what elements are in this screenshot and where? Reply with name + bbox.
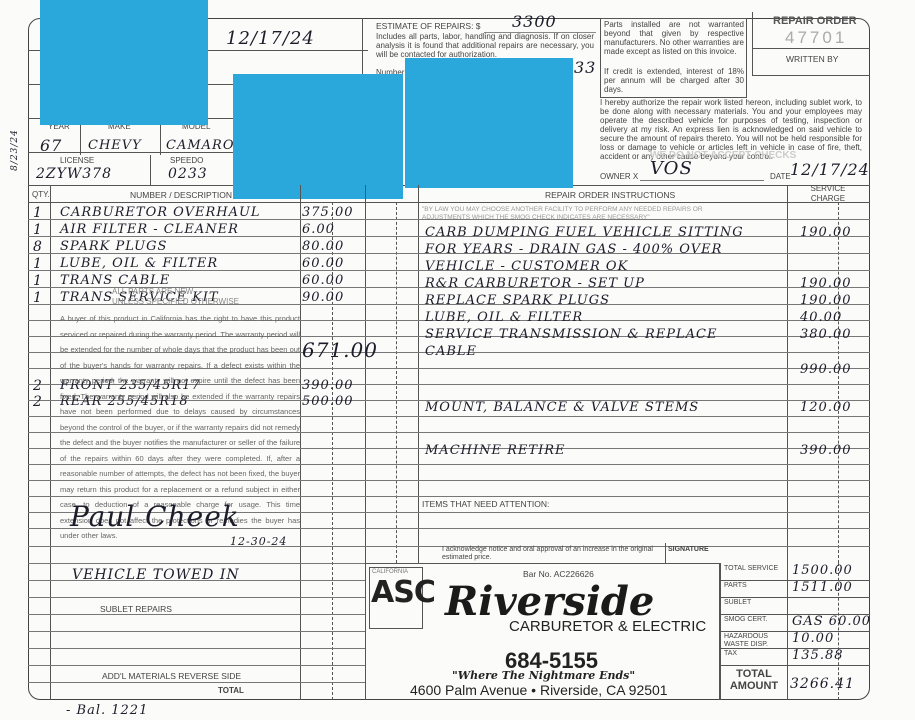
part-description: TRANS CABLE <box>60 273 170 288</box>
vehicle-license: 2ZYW378 <box>36 166 112 182</box>
totals-value: 1511.00 <box>792 580 853 595</box>
part-amount: 671.00 <box>302 338 378 362</box>
asc-logo-text: ASC <box>371 575 435 610</box>
grand-total-value: 3266.41 <box>790 676 855 692</box>
speedo-label: SPEEDO <box>170 156 203 165</box>
all-parts-new-stamp: ALL PARTS ARE NEW <box>112 287 193 296</box>
part-description: CARBURETOR OVERHAUL <box>60 205 261 220</box>
service-charge: 190.00 <box>800 276 852 291</box>
part-description: AIR FILTER - CLEANER <box>60 222 239 237</box>
license-label: LICENSE <box>60 156 94 165</box>
signature-label: SIGNATURE <box>668 546 709 554</box>
totals-value: 1500.00 <box>792 563 853 578</box>
part-qty: 1 <box>33 256 43 272</box>
vehicle-speedo: 0233 <box>168 166 208 182</box>
totals-label: TOTAL SERVICE <box>724 565 784 573</box>
instruction-line: LUBE, OIL & FILTER <box>425 310 583 325</box>
instruction-line: VEHICLE - CUSTOMER OK <box>425 259 628 274</box>
bottom-margin-note: - Bal. 1221 <box>66 703 148 718</box>
part-description: SPARK PLUGS <box>60 239 167 254</box>
parts-warranty-text: Parts installed are not warranted beyond… <box>604 20 744 56</box>
date-written: 12/17/24 <box>226 28 315 49</box>
owner-label: OWNER X <box>600 172 638 181</box>
owner-signature: VOS <box>650 158 693 179</box>
instruction-line: MOUNT, BALANCE & VALVE STEMS <box>425 400 699 415</box>
part-qty: 2 <box>33 394 43 410</box>
redaction-block <box>233 74 403 199</box>
totals-label: SMOG CERT. <box>724 616 784 624</box>
acknowledge-text: I acknowledge notice and oral approval o… <box>442 546 658 562</box>
unless-specified-stamp: UNLESS SPECIFIED OTHERWISE <box>112 297 239 306</box>
credit-interest-text: If credit is extended, interest of 18% p… <box>604 67 744 94</box>
part-description: LUBE, OIL & FILTER <box>60 256 218 271</box>
part-qty: 8 <box>33 239 43 255</box>
description-header: NUMBER / DESCRIPTION <box>130 190 232 200</box>
instruction-line: REPLACE SPARK PLUGS <box>425 293 610 308</box>
service-charge: 120.00 <box>800 400 852 415</box>
towed-note: VEHICLE TOWED IN <box>72 567 240 583</box>
service-charge: 40.00 <box>800 310 842 325</box>
parts-signature: Paul Cheek <box>70 500 240 533</box>
service-charge-header: SERVICE CHARGE <box>808 184 848 204</box>
instruction-line: R&R CARBURETOR - SET UP <box>425 276 645 291</box>
part-qty: 1 <box>33 205 43 221</box>
parts-signature-date: 12-30-24 <box>230 535 287 548</box>
part-amount: 60.00 <box>302 256 344 271</box>
estimate-value: 3300 <box>512 12 557 31</box>
business-slogan: "Where The Nightmare Ends" <box>452 669 635 682</box>
written-by-label: WRITTEN BY <box>786 54 838 64</box>
qty-header: QTY. <box>32 190 50 199</box>
repair-order-label: REPAIR ORDER <box>773 15 857 27</box>
left-margin-note: 8/23/24 <box>10 129 20 171</box>
service-charge: 390.00 <box>800 443 852 458</box>
totals-label: TAX <box>724 650 784 658</box>
service-charge: 190.00 <box>800 225 852 240</box>
part-amount: 500.00 <box>302 394 354 409</box>
instruction-line: CABLE <box>425 344 477 359</box>
instruction-line: SERVICE TRANSMISSION & REPLACE <box>425 327 717 342</box>
vehicle-model: CAMARO <box>166 138 234 153</box>
totals-label: PARTS <box>724 582 784 590</box>
addl-materials-label: ADD'L MATERIALS REVERSE SIDE <box>102 671 241 681</box>
totals-value: 135.88 <box>792 648 844 663</box>
totals-label: SUBLET <box>724 599 784 607</box>
redaction-block <box>405 58 573 188</box>
sublet-repairs-label: SUBLET REPAIRS <box>100 604 172 614</box>
part-qty: 2 <box>33 378 43 394</box>
grand-total-label: TOTAL AMOUNT <box>724 668 784 692</box>
service-charge: 990.00 <box>800 362 852 377</box>
service-charge: 380.00 <box>800 327 852 342</box>
instruction-line: FOR YEARS - DRAIN GAS - 400% OVER <box>425 242 722 257</box>
totals-value: GAS 60.00 <box>792 614 871 629</box>
repair-order-number: 47701 <box>785 28 847 48</box>
auth-date-value: 12/17/24 <box>790 160 870 179</box>
parts-total-label: TOTAL <box>218 686 244 695</box>
part-amount: 390.00 <box>302 378 354 393</box>
totals-value: 10.00 <box>792 631 834 646</box>
estimate-partial-value: 33 <box>574 58 596 77</box>
auth-date-label: DATE <box>770 172 791 181</box>
items-attention-label: ITEMS THAT NEED ATTENTION: <box>422 499 549 509</box>
part-amount: 60.00 <box>302 273 344 288</box>
part-amount: 375.00 <box>302 205 354 220</box>
instructions-header: REPAIR ORDER INSTRUCTIONS <box>545 190 675 200</box>
part-qty: 1 <box>33 222 43 238</box>
totals-label: HAZARDOUS WASTE DISP. <box>724 633 784 649</box>
part-qty: 1 <box>33 273 43 289</box>
business-address: 4600 Palm Avenue • Riverside, CA 92501 <box>410 682 668 698</box>
vehicle-year: 67 <box>40 136 62 155</box>
instruction-line: CARB DUMPING FUEL VEHICLE SITTING <box>425 225 744 240</box>
vehicle-make: CHEVY <box>88 138 142 153</box>
part-amount: 80.00 <box>302 239 344 254</box>
estimate-label: ESTIMATE OF REPAIRS: $ <box>376 21 481 31</box>
instruction-line: MACHINE RETIRE <box>425 443 565 458</box>
redaction-block <box>40 0 208 125</box>
service-charge: 190.00 <box>800 293 852 308</box>
business-subtitle: CARBURETOR & ELECTRIC <box>509 618 706 635</box>
part-amount: 6.00 <box>302 222 335 237</box>
smog-notice: "BY LAW YOU MAY CHOOSE ANOTHER FACILITY … <box>422 206 722 222</box>
part-amount: 90.00 <box>302 290 344 305</box>
part-qty: 1 <box>33 290 43 306</box>
estimate-notice: Includes all parts, labor, handling and … <box>376 32 594 59</box>
